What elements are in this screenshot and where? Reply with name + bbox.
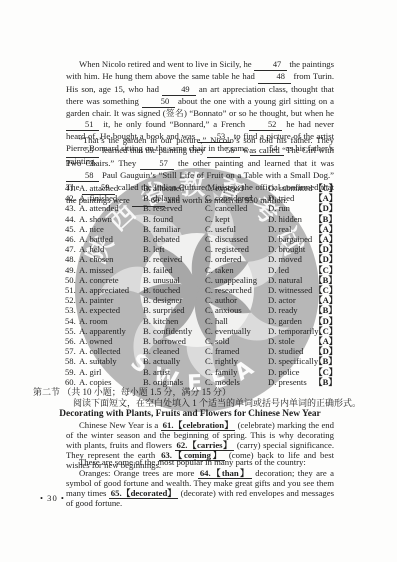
option-c: C. anxious — [205, 305, 268, 315]
option-c: C. exposed — [205, 183, 268, 193]
option-b: B. originals — [143, 377, 205, 387]
question-number: 53. — [65, 305, 79, 315]
option-c: C. registered — [205, 244, 268, 254]
option-c: C. unappealing — [205, 275, 268, 285]
page-content: When Nicolo retired and went to live in … — [0, 0, 397, 562]
option-a: A. chosen — [79, 254, 143, 264]
cloze-filled-answer: 64.【than】 — [198, 468, 252, 479]
answer-key: 【D】 — [314, 203, 337, 213]
question-number: 57. — [65, 346, 79, 356]
question-number: 59. — [65, 367, 79, 377]
option-d: D. specifically — [268, 356, 314, 366]
question-row-47: 47.A. heldB. leftC. registeredD. brought… — [65, 244, 335, 254]
option-c: C. useful — [205, 224, 268, 234]
option-b: B. reserved — [143, 203, 205, 213]
option-c: C. taken — [205, 265, 268, 275]
cloze-blank-48: 48 — [258, 72, 291, 83]
section2-heading: 第二节 （共 10 小题；每小题 1.5 分，满分 15 分） — [33, 387, 231, 397]
option-d: D. natural — [268, 275, 314, 285]
option-c: C. researched — [205, 285, 268, 295]
option-c: C. discussed — [205, 234, 268, 244]
option-b: B. left — [143, 244, 205, 254]
option-b: B. unusual — [143, 275, 205, 285]
question-row-42: 42.A. finishedB. delayedC. consideredD. … — [65, 193, 335, 203]
option-d: D. bargained — [268, 234, 314, 244]
question-row-41: 41.A. attachedB. allocatedC. exposedD. s… — [65, 183, 335, 193]
option-a: A. nice — [79, 224, 143, 234]
question-row-45: 45.A. niceB. familiarC. usefulD. real【A】 — [65, 224, 335, 234]
question-list: 41.A. attachedB. allocatedC. exposedD. s… — [65, 183, 335, 387]
option-b: B. touched — [143, 285, 205, 295]
answer-key: 【C】 — [314, 367, 337, 377]
option-b: B. received — [143, 254, 205, 264]
cloze-blank-49: 49 — [162, 85, 195, 96]
option-c: C. eventually — [205, 326, 268, 336]
option-d: D. brought — [268, 244, 314, 254]
option-d: D. hidden — [268, 214, 314, 224]
question-row-50: 50.A. concreteB. unusualC. unappealingD.… — [65, 275, 335, 285]
option-d: D. actor — [268, 295, 314, 305]
option-a: A. room — [79, 316, 143, 326]
question-number: 56. — [65, 336, 79, 346]
question-row-51: 51.A. appreciatedB. touchedC. researched… — [65, 285, 335, 295]
section2-instruction: 阅读下面短文，在空白处填入 1 个适当的单词或括号内单词的正确形式。 — [73, 398, 361, 408]
question-row-53: 53.A. expectedB. surprisedC. anxiousD. r… — [65, 305, 335, 315]
answer-key: 【D】 — [314, 346, 337, 356]
option-b: B. confidently — [143, 326, 205, 336]
answer-key: 【B】 — [314, 305, 337, 315]
option-b: B. designer — [143, 295, 205, 305]
question-number: 45. — [65, 224, 79, 234]
option-b: B. allocated — [143, 183, 205, 193]
option-c: C. hall — [205, 316, 268, 326]
question-row-58: 58.A. suitablyB. actuallyC. rightlyD. sp… — [65, 356, 335, 366]
answer-key: 【C】 — [314, 285, 337, 295]
question-number: 58. — [65, 356, 79, 366]
option-a: A. girl — [79, 367, 143, 377]
cloze-blank-50: 50 — [142, 97, 175, 108]
option-a: A. battled — [79, 234, 143, 244]
question-number: 42. — [65, 193, 79, 203]
section2-paragraph-2: These are some of the most popular in ma… — [66, 457, 334, 467]
answer-key: 【A】 — [314, 234, 337, 244]
option-b: B. kitchen — [143, 316, 205, 326]
option-d: D. moved — [268, 254, 314, 264]
question-row-54: 54.A. roomB. kitchenC. hallD. garden【D】 — [65, 316, 335, 326]
option-d: D. run — [268, 203, 314, 213]
answer-key: 【A】 — [314, 336, 337, 346]
option-b: B. failed — [143, 265, 205, 275]
option-b: B. surprised — [143, 305, 205, 315]
option-d: D. witnessed — [268, 285, 314, 295]
option-d: D. ready — [268, 305, 314, 315]
answer-key: 【B】 — [314, 377, 337, 387]
option-c: C. framed — [205, 346, 268, 356]
option-a: A. expected — [79, 305, 143, 315]
exam-page: 陕西省教育考试 SWEEA When Nicolo retired and we… — [0, 0, 397, 562]
answer-key: 【D】 — [314, 316, 337, 326]
cloze-blank-55: 55 — [66, 146, 99, 157]
answer-key: 【C】 — [314, 183, 337, 193]
option-a: A. appreciated — [79, 285, 143, 295]
option-d: D. stole — [268, 336, 314, 346]
option-b: B. borrowed — [143, 336, 205, 346]
page-number: • 30 • — [40, 493, 65, 503]
cloze-filled-answer: 65.【decorated】 — [109, 488, 179, 499]
answer-key: 【D】 — [314, 254, 337, 264]
question-number: 41. — [65, 183, 79, 193]
option-c: C. cancelled — [205, 203, 268, 213]
option-c: C. considered — [205, 193, 268, 203]
cloze-blank-58: 58 — [66, 171, 99, 182]
answer-key: 【B】 — [314, 356, 337, 366]
answer-key: 【D】 — [314, 244, 337, 254]
option-d: D. tried — [268, 193, 314, 203]
option-d: D. submitted — [268, 183, 314, 193]
question-row-56: 56.A. ownedB. borrowedC. soldD. stole【A】 — [65, 336, 335, 346]
option-a: A. painter — [79, 295, 143, 305]
option-a: A. finished — [79, 193, 143, 203]
question-number: 46. — [65, 234, 79, 244]
answer-key: 【A】 — [314, 295, 337, 305]
question-number: 55. — [65, 326, 79, 336]
option-a: A. collected — [79, 346, 143, 356]
cloze-blank-57: 57 — [140, 159, 173, 170]
answer-key: 【A】 — [314, 224, 337, 234]
option-d: D. real — [268, 224, 314, 234]
option-c: C. models — [205, 377, 268, 387]
option-a: A. concrete — [79, 275, 143, 285]
question-number: 48. — [65, 254, 79, 264]
option-c: C. family — [205, 367, 268, 377]
question-row-49: 49.A. missedB. failedC. takenD. led【C】 — [65, 265, 335, 275]
answer-key: 【B】 — [314, 275, 337, 285]
question-number: 50. — [65, 275, 79, 285]
option-c: C. kept — [205, 214, 268, 224]
option-a: A. attended — [79, 203, 143, 213]
option-d: D. temporarily — [268, 326, 314, 336]
option-a: A. apparently — [79, 326, 143, 336]
option-d: D. presents — [268, 377, 314, 387]
question-number: 43. — [65, 203, 79, 213]
passage-title: Decorating with Plants, Fruits and Flowe… — [40, 409, 340, 420]
question-row-48: 48.A. chosenB. receivedC. orderedD. move… — [65, 254, 335, 264]
question-row-46: 46.A. battledB. debatedC. discussedD. ba… — [65, 234, 335, 244]
question-number: 60. — [65, 377, 79, 387]
option-b: B. delayed — [143, 193, 205, 203]
answer-key: 【A】 — [314, 193, 337, 203]
cloze-blank-56: 56 — [207, 146, 240, 157]
option-c: C. sold — [205, 336, 268, 346]
question-number: 44. — [65, 214, 79, 224]
option-c: C. ordered — [205, 254, 268, 264]
answer-key: 【C】 — [314, 265, 337, 275]
question-row-55: 55.A. apparentlyB. confidentlyC. eventua… — [65, 326, 335, 336]
question-row-57: 57.A. collectedB. cleanedC. framedD. stu… — [65, 346, 335, 356]
option-d: D. studied — [268, 346, 314, 356]
option-b: B. found — [143, 214, 205, 224]
question-number: 54. — [65, 316, 79, 326]
option-d: D. garden — [268, 316, 314, 326]
option-b: B. artist — [143, 367, 205, 377]
option-a: A. shown — [79, 214, 143, 224]
question-row-60: 60.A. copiesB. originalsC. modelsD. pres… — [65, 377, 335, 387]
option-a: A. missed — [79, 265, 143, 275]
option-b: B. actually — [143, 356, 205, 366]
option-b: B. familiar — [143, 224, 205, 234]
question-number: 52. — [65, 295, 79, 305]
option-b: B. debated — [143, 234, 205, 244]
cloze-blank-51: 51 — [66, 120, 99, 131]
question-number: 49. — [65, 265, 79, 275]
question-row-59: 59.A. girlB. artistC. familyD. police【C】 — [65, 367, 335, 377]
question-number: 47. — [65, 244, 79, 254]
section2-paragraph-3: Oranges: Orange trees are more 64.【than】… — [66, 468, 334, 508]
option-c: C. rightly — [205, 356, 268, 366]
option-a: A. attached — [79, 183, 143, 193]
answer-key: 【B】 — [314, 214, 337, 224]
option-a: A. held — [79, 244, 143, 254]
option-a: A. suitably — [79, 356, 143, 366]
question-row-44: 44.A. shownB. foundC. keptD. hidden【B】 — [65, 214, 335, 224]
question-row-52: 52.A. painterB. designerC. authorD. acto… — [65, 295, 335, 305]
question-row-43: 43.A. attendedB. reservedC. cancelledD. … — [65, 203, 335, 213]
cloze-filled-answer: 61.【celebration】 — [161, 420, 236, 431]
answer-key: 【C】 — [314, 326, 337, 336]
option-a: A. copies — [79, 377, 143, 387]
option-d: D. police — [268, 367, 314, 377]
cloze-blank-47: 47 — [254, 60, 287, 71]
option-d: D. led — [268, 265, 314, 275]
cloze-blank-52: 52 — [249, 120, 282, 131]
question-number: 51. — [65, 285, 79, 295]
option-b: B. cleaned — [143, 346, 205, 356]
option-c: C. author — [205, 295, 268, 305]
option-a: A. owned — [79, 336, 143, 346]
